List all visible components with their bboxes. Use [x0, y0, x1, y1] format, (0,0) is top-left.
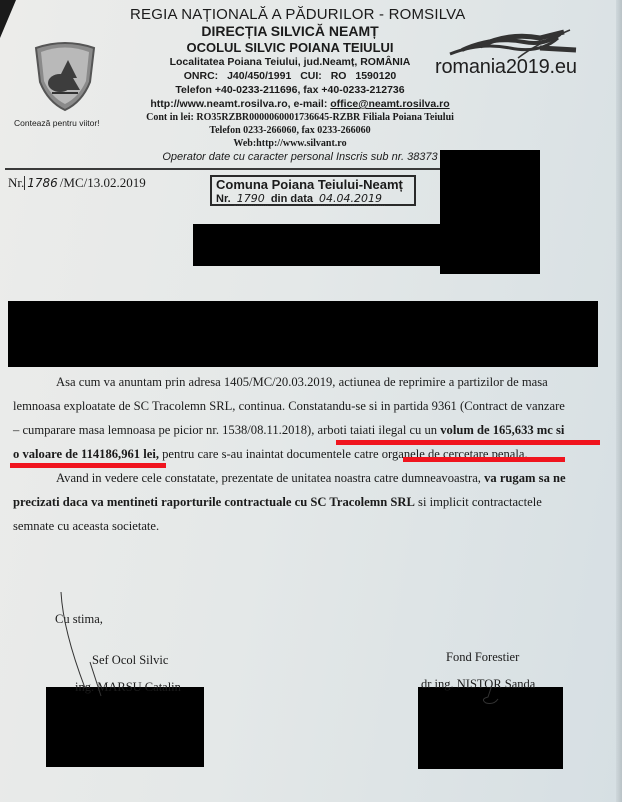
- handwritten-number: 1786: [24, 176, 60, 190]
- stamp-date: 04.04.2019: [316, 192, 385, 206]
- red-underline: [10, 463, 166, 468]
- romania2019-text: romania2019.eu: [435, 56, 577, 79]
- page-corner-shadow: [0, 0, 16, 38]
- header-line-1: REGIA NAȚIONALĂ A PĂDURILOR - ROMSILVA: [130, 6, 450, 23]
- header-phone: Telefon +40-0233-211696, fax +40-0233-21…: [130, 84, 450, 96]
- body-line: semnate cu aceasta societate.: [13, 519, 159, 534]
- highlighted-volume: volum de 165,633 mc si: [440, 423, 564, 437]
- email-link[interactable]: office@neamt.rosilva.ro: [330, 98, 449, 110]
- logo-caption: Contează pentru viitor!: [14, 118, 100, 128]
- redaction-block: [193, 224, 441, 266]
- header-phone-branch: Telefon 0233-266060, fax 0233-266060: [130, 125, 450, 136]
- header-line-2: DIRECȚIA SILVICĂ NEAMȚ: [130, 23, 450, 39]
- highlighted-text: arboti taiati ilegal cu un: [318, 423, 441, 437]
- header-address: Localitatea Poiana Teiului, jud.Neamț, R…: [130, 56, 450, 68]
- highlighted-value: o valoare de 114186,961 lei,: [13, 447, 159, 461]
- stamp-registration-row: Nr. 1790 din data 04.04.2019: [216, 192, 410, 206]
- header-line-3: OCOLUL SILVIC POIANA TEIULUI: [130, 40, 450, 55]
- stamp-number: 1790: [234, 192, 268, 206]
- redaction-block: [440, 150, 540, 274]
- body-line: precizati daca va mentineti raporturile …: [13, 495, 542, 510]
- body-line: Avand in vedere cele constatate, prezent…: [56, 471, 566, 486]
- body-line: Asa cum va anuntam prin adresa 1405/MC/2…: [56, 375, 548, 390]
- red-underline: [336, 440, 600, 445]
- header-web-silvant: Web:http://www.silvant.ro: [130, 138, 450, 149]
- header-bank-account: Cont in lei: RO35RZBR0000060001736645-RZ…: [120, 112, 480, 123]
- reference-number: Nr.1786/MC/13.02.2019: [8, 175, 146, 191]
- red-underline: [403, 457, 565, 462]
- right-signatory-title: Fond Forestier: [446, 650, 519, 665]
- header-registration: ONRC: J40/450/1991 CUI: RO 1590120: [130, 70, 450, 82]
- romsilva-shield-icon: [30, 38, 100, 112]
- signature-stroke-icon: [55, 590, 115, 700]
- registration-stamp: Comuna Poiana Teiului-Neamț Nr. 1790 din…: [210, 175, 416, 206]
- stamp-title: Comuna Poiana Teiului-Neamț: [216, 177, 410, 192]
- header-data-operator: Operator date cu caracter personal Inscr…: [140, 151, 460, 163]
- page-edge: [616, 0, 622, 802]
- header-website: http://www.neamt.rosilva.ro, e-mail:: [150, 98, 330, 110]
- signature-stroke-icon: [478, 685, 508, 705]
- body-line: – cumparare masa lemnoasa pe picior nr. …: [13, 423, 564, 438]
- redaction-block: [8, 301, 598, 367]
- header-web-email: http://www.neamt.rosilva.ro, e-mail: off…: [120, 98, 480, 110]
- body-line: lemnoasa exploatate de SC Tracolemn SRL,…: [13, 399, 565, 414]
